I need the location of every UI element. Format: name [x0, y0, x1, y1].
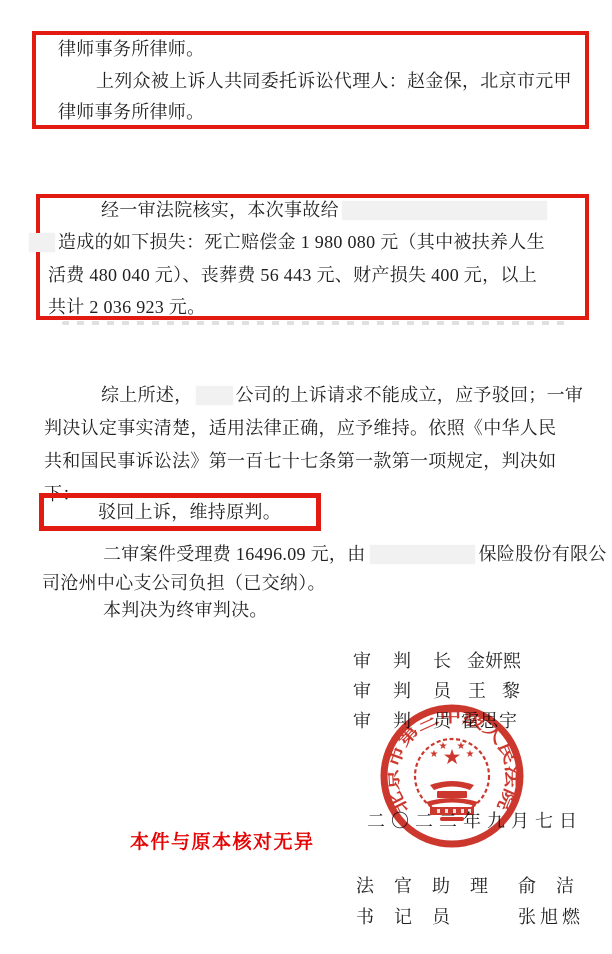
text-line: 判决认定事实清楚，适用法律正确，应予维持。依照《中华人民	[44, 417, 556, 439]
whiteout-text-remnant	[62, 321, 567, 325]
national-emblem-icon: ★ ★ ★ ★ ★	[415, 739, 489, 821]
verification-note: 本件与原本核对无异	[130, 827, 315, 854]
text-segment: 综上所述，	[101, 385, 193, 405]
gate-roof	[430, 781, 474, 790]
gate-lower-roof	[426, 798, 478, 806]
text-line: 律师事务所律师。	[58, 38, 204, 60]
text-line: 本判决为终审判决。	[103, 599, 268, 621]
text-line: 经一审法院核实，本次事故给	[101, 199, 547, 221]
redaction-patch	[342, 201, 547, 220]
gate-hall	[437, 791, 467, 798]
small-star-icon: ★	[457, 741, 466, 752]
text-line: 活费 480 040 元）、丧葬费 56 443 元、财产损失 400 元，以上	[48, 264, 537, 286]
text-line: 司沧州中心支公司负担（已交纳）。	[42, 572, 326, 594]
clerk-title: 书记员	[356, 903, 470, 929]
redaction-patch	[196, 386, 233, 405]
text-segment: 经一审法院核实，本次事故给	[101, 200, 339, 220]
text-line: 律师事务所律师。	[58, 101, 204, 123]
text-line: 上列众被上诉人共同委托诉讼代理人：赵金保，北京市元甲	[96, 70, 572, 92]
text-segment: 保险股份有限公	[479, 544, 607, 564]
gate-ribbon	[440, 817, 464, 821]
document-page: 律师事务所律师。 上列众被上诉人共同委托诉讼代理人：赵金保，北京市元甲 律师事务…	[0, 0, 612, 954]
clerk-name: 张旭燃	[518, 903, 584, 929]
gate-base	[430, 807, 474, 815]
court-seal: 北京市第三中级人民法院 ★ ★ ★ ★ ★	[367, 691, 537, 861]
redaction-patch	[370, 545, 475, 564]
text-line: 共和国民事诉讼法》第一百七十七条第一款第一项规定，判决如	[44, 450, 556, 472]
text-segment: 造成的如下损失：死亡赔偿金 1 980 080 元（其中被扶养人生	[58, 232, 545, 252]
text-line: 造成的如下损失：死亡赔偿金 1 980 080 元（其中被扶养人生	[29, 231, 545, 253]
small-star-icon: ★	[466, 749, 475, 760]
assistant-name: 俞洁	[518, 872, 594, 898]
text-line: 二审案件受理费 16496.09 元，由保险股份有限公	[103, 543, 607, 565]
small-star-icon: ★	[439, 741, 448, 752]
judge1-title: 审判长	[353, 647, 473, 673]
judge1-name: 金妍熙	[467, 647, 521, 673]
text-segment: 公司的上诉请求不能成立，应予驳回；一审	[236, 385, 584, 405]
verdict-line: 驳回上诉，维持原判。	[98, 501, 281, 523]
text-line: 综上所述，公司的上诉请求不能成立，应予驳回；一审	[101, 384, 583, 406]
redaction-patch	[29, 233, 55, 252]
text-segment: 二审案件受理费 16496.09 元，由	[103, 544, 366, 564]
small-star-icon: ★	[430, 749, 439, 760]
text-line: 共计 2 036 923 元。	[48, 296, 206, 318]
assistant-title: 法官助理	[356, 872, 508, 898]
